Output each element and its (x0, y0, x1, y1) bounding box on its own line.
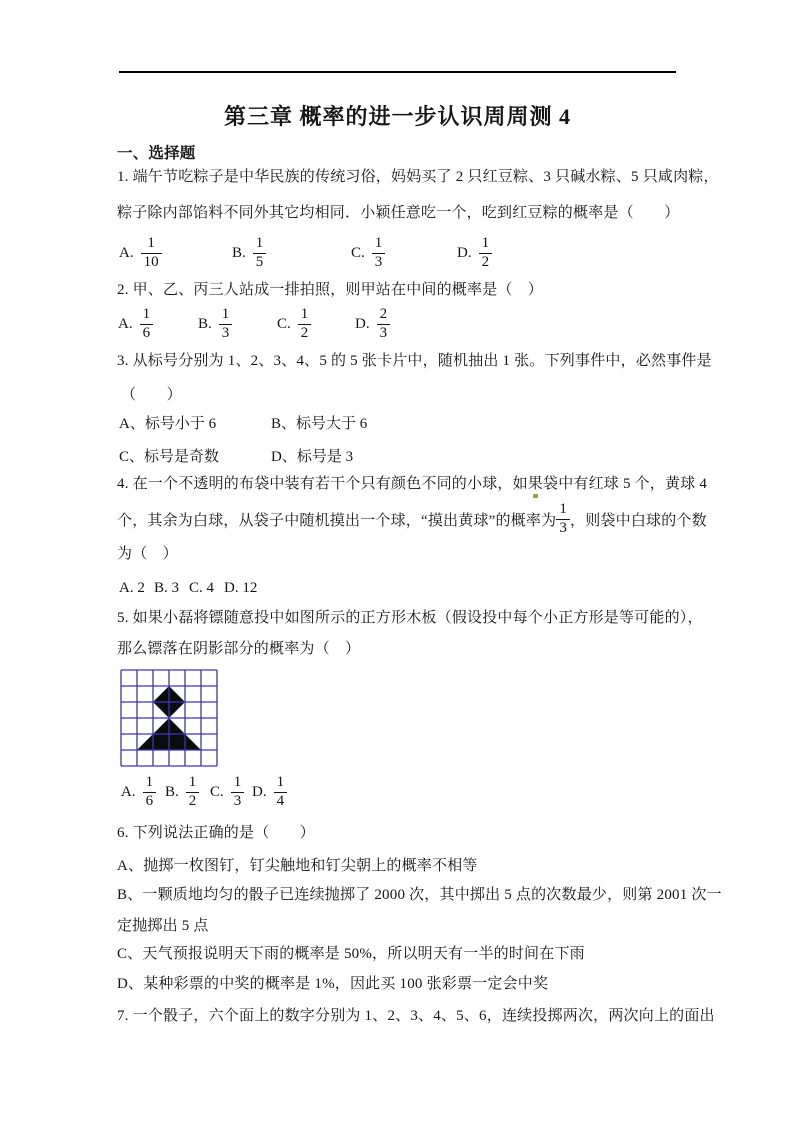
section-heading: 一、选择题 (117, 143, 196, 165)
fraction: 12 (186, 774, 200, 810)
q5-option-d: D.14 (252, 770, 287, 814)
page-title: 第三章 概率的进一步认识周周测 4 (119, 100, 676, 131)
q1-option-b: B.15 (232, 231, 266, 275)
q4-line2: 个，其余为白球，从袋子中随机摸出一个球，“摸出黄球”的概率为 13 ，则袋中白球… (117, 496, 707, 542)
q6-option-b-line2: 定抛掷出 5 点 (117, 915, 209, 937)
q1-option-a: A.110 (119, 231, 162, 275)
q4-line3: 为（ ） (117, 543, 178, 565)
q6-line1: 6. 下列说法正确的是（ ） (117, 822, 315, 844)
q4-line1: 4. 在一个不透明的布袋中装有若干个只有颜色不同的小球，如果袋中有红球 5 个，… (117, 473, 707, 495)
q2-option-a: A.16 (118, 302, 153, 346)
fraction: 15 (253, 235, 267, 271)
fraction: 13 (372, 235, 386, 271)
q2-options: A.16 B.13 C.12 D.23 (118, 302, 674, 346)
fraction: 13 (231, 774, 245, 810)
fraction: 16 (140, 306, 154, 342)
fraction: 110 (141, 235, 162, 271)
document-page: 第三章 概率的进一步认识周周测 4 一、选择题 1. 端午节吃粽子是中华民族的传… (0, 0, 793, 1122)
q1-line1: 1. 端午节吃粽子是中华民族的传统习俗，妈妈买了 2 只红豆粽、3 只碱水粽、5… (117, 166, 719, 188)
q4-option-c: C. 4 (189, 580, 214, 597)
q3-option-b: B、标号大于 6 (271, 412, 367, 433)
q6-option-c: C、天气预报说明天下雨的概率是 50%，所以明天有一半的时间在下雨 (117, 943, 585, 965)
q3-option-c: C、标号是奇数 (119, 445, 219, 466)
q5-line1: 5. 如果小磊将镖随意投中如图所示的正方形木板（假设投中每个小正方形是等可能的）… (117, 607, 703, 629)
q4-option-b: B. 3 (154, 580, 179, 597)
q1-line2: 粽子除内部馅料不同外其它均相同．小颖任意吃一个，吃到红豆粽的概率是（ ） (117, 202, 679, 224)
q5-option-b: B.12 (165, 770, 199, 814)
q3-option-a: A、标号小于 6 (119, 412, 216, 433)
q5-option-c: C.13 (210, 770, 244, 814)
q4-option-a: A. 2 (119, 580, 145, 597)
q5-line2: 那么镖落在阴影部分的概率为（ ） (117, 638, 360, 660)
q1-options: A.110 B.15 C.13 D.12 (119, 231, 675, 275)
dartboard-figure (120, 669, 218, 772)
q2-option-c: C.12 (277, 302, 311, 346)
q1-option-d: D.12 (457, 231, 492, 275)
q3-line2: （ ） (121, 384, 182, 406)
q3-option-d: D、标号是 3 (271, 445, 353, 466)
q4-option-d: D. 12 (224, 580, 257, 597)
q4-line2-post: ，则袋中白球的个数 (570, 509, 707, 530)
q2-option-d: D.23 (355, 302, 390, 346)
fraction: 14 (274, 774, 288, 810)
q1-option-c: C.13 (351, 231, 385, 275)
fraction: 16 (143, 774, 157, 810)
q3-options-row1: A、标号小于 6 B、标号大于 6 (119, 412, 675, 434)
q7-line1: 7. 一个骰子，六个面上的数字分别为 1、2、3、4、5、6，连续投掷两次，两次… (117, 1005, 715, 1027)
fraction: 23 (377, 306, 391, 342)
q2-line1: 2. 甲、乙、丙三人站成一排拍照，则甲站在中间的概率是（ ） (117, 279, 543, 301)
q3-line1: 3. 从标号分别为 1、2、3、4、5 的 5 张卡片中，随机抽出 1 张。下列… (117, 350, 712, 372)
q6-option-d: D、某种彩票的中奖的概率是 1%，因此买 100 张彩票一定会中奖 (117, 973, 548, 995)
q5-options: A.16 B.12 C.13 D.14 (121, 770, 677, 814)
q2-option-b: B.13 (198, 302, 232, 346)
q5-option-a: A.16 (121, 770, 156, 814)
fraction: 13 (556, 501, 570, 537)
fraction: 12 (479, 235, 493, 271)
q3-options-row2: C、标号是奇数 D、标号是 3 (119, 445, 675, 467)
q6-option-b-line1: B、一颗质地均匀的骰子已连续抛掷了 2000 次，其中掷出 5 点的次数最少，则… (117, 884, 722, 906)
q4-options: A. 2 B. 3 C. 4 D. 12 (119, 580, 675, 602)
header-rule (119, 71, 676, 73)
q6-option-a: A、抛掷一枚图钉，钉尖触地和钉尖朝上的概率不相等 (117, 855, 478, 877)
fraction: 13 (219, 306, 233, 342)
fraction: 12 (298, 306, 312, 342)
q4-line2-pre: 个，其余为白球，从袋子中随机摸出一个球，“摸出黄球”的概率为 (117, 509, 556, 530)
